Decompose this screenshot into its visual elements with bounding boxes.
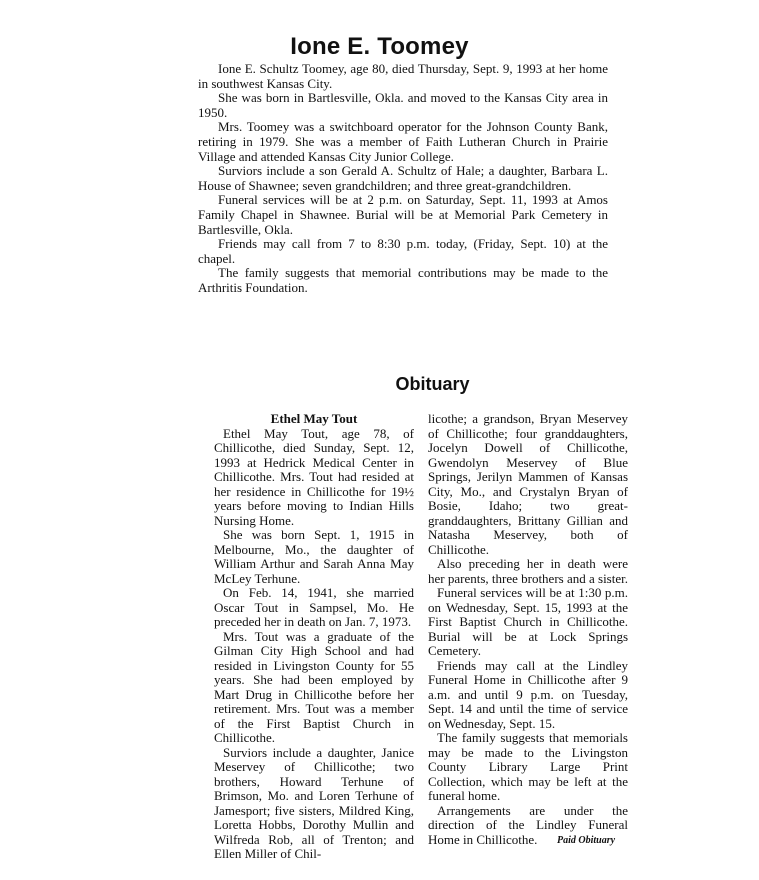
- deceased-name: Ethel May Tout: [214, 412, 414, 427]
- paragraph: Also preceding her in death were her par…: [428, 557, 628, 586]
- paragraph: Mrs. Tout was a graduate of the Gilman C…: [214, 630, 414, 746]
- paragraph: On Feb. 14, 1941, she married Oscar Tout…: [214, 586, 414, 630]
- paragraph: Funeral services will be at 2 p.m. on Sa…: [198, 193, 608, 237]
- paragraph: She was born Sept. 1, 1915 in Melbourne,…: [214, 528, 414, 586]
- obituary-column-left: Ethel May Tout Ethel May Tout, age 78, o…: [214, 412, 414, 862]
- paragraph: Surviors include a son Gerald A. Schultz…: [198, 164, 608, 193]
- paragraph: Ethel May Tout, age 78, of Chillicothe, …: [214, 427, 414, 529]
- paragraph: Mrs. Toomey was a switchboard operator f…: [198, 120, 608, 164]
- paragraph: Friends may call at the Lindley Funeral …: [428, 659, 628, 732]
- paragraph: Surviors include a daughter, Janice Mese…: [214, 746, 414, 862]
- section-heading-obituary: Obituary: [0, 374, 759, 395]
- obituary-column-right: licothe; a grandson, Bryan Meservey of C…: [428, 412, 628, 847]
- paid-obituary-label: Paid Obituary: [557, 835, 615, 846]
- obituary-title-toomey: Ione E. Toomey: [0, 33, 759, 61]
- paragraph: licothe; a grandson, Bryan Meservey of C…: [428, 412, 628, 557]
- paragraph: She was born in Bartlesville, Okla. and …: [198, 91, 608, 120]
- paragraph: The family suggests that memorials may b…: [428, 731, 628, 804]
- obituary-body-toomey: Ione E. Schultz Toomey, age 80, died Thu…: [198, 62, 608, 296]
- paragraph: Funeral services will be at 1:30 p.m. on…: [428, 586, 628, 659]
- paragraph: The family suggests that memorial contri…: [198, 266, 608, 295]
- paragraph: Ione E. Schultz Toomey, age 80, died Thu…: [198, 62, 608, 91]
- paragraph: Friends may call from 7 to 8:30 p.m. tod…: [198, 237, 608, 266]
